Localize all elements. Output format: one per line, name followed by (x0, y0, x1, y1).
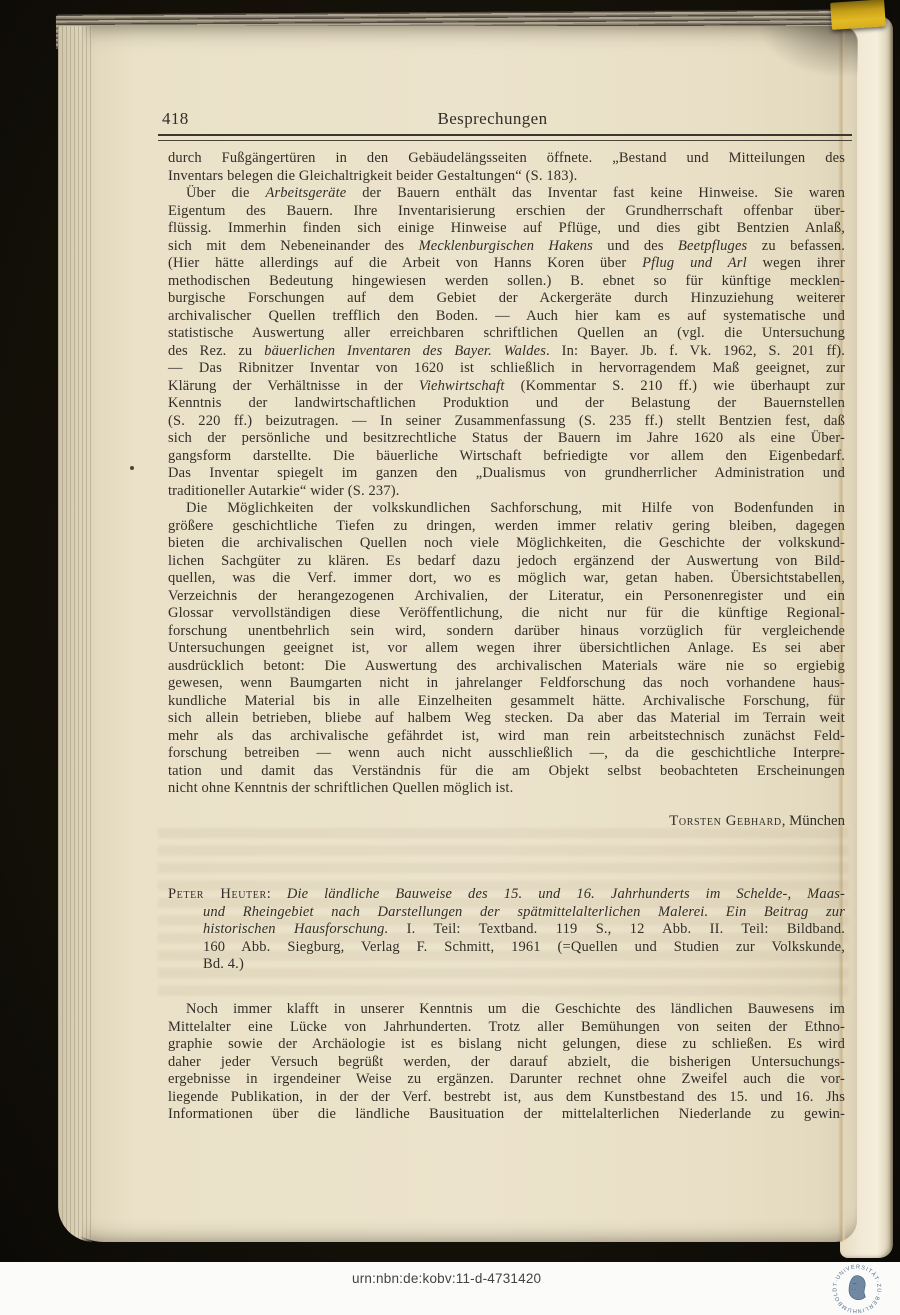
page-corner-shadow (758, 26, 858, 78)
text-line: ergebnisse in irgendeiner Weise zu ergän… (168, 1071, 845, 1089)
text-line: lichen Sachgüter zu klären. Es bedarf da… (168, 553, 845, 571)
ink-speck (130, 466, 134, 470)
text-segment: Das Inventar spiegelt im ganzen den „Dua… (168, 465, 845, 481)
bookmark-ribbon (830, 0, 886, 30)
text-line: und Rheingebiet nach Darstellungen der s… (168, 904, 845, 922)
header-rule-thin (158, 140, 852, 141)
text-line: graphie sowie der Archäologie ist es bis… (168, 1036, 845, 1054)
text-segment: Klärung der Verhältnisse in der (168, 378, 419, 394)
text-segment: Viehwirtschaft (419, 378, 505, 394)
text-segment: größere geschichtliche Tiefen zu dringen… (168, 518, 845, 534)
text-line: sich allein betrieben, bliebe auf halbem… (168, 710, 845, 728)
text-segment: und des (593, 238, 678, 254)
text-segment: bieten die archivalischen Quellen noch v… (168, 535, 845, 551)
header-rule-thick (158, 134, 852, 136)
text-segment: Peter Heuter (168, 886, 267, 902)
text-segment: nicht ohne Kenntnis der schriftlichen Qu… (168, 780, 513, 796)
text-segment: Kenntnis der landwirtschaftlichen Produk… (168, 395, 845, 411)
text-segment: Mittelalter eine Lücke von Jahrhunderten… (168, 1019, 845, 1035)
text-segment: Inventars belegen die Gleichaltrigkeit b… (168, 168, 577, 184)
text-line: Peter Heuter: Die ländliche Bauweise des… (168, 886, 845, 904)
text-line: flüssig. Immerhin finden sich einige Hin… (168, 220, 845, 238)
text-segment: Die Möglichkeiten der volkskundlichen Sa… (186, 500, 845, 516)
text-line: ausdrücklich betont: Die Auswertung des … (168, 658, 845, 676)
text-segment: gewesen, wenn Baumgarten nicht in jahrel… (168, 675, 845, 691)
text-line: traditioneller Autarkie“ wider (S. 237). (168, 483, 845, 501)
text-segment: Beetpfluges (678, 238, 747, 254)
text-line: liegende Publikation, in der der Verf. b… (168, 1089, 845, 1107)
text-segment: sich mit dem Nebeneinander des (168, 238, 419, 254)
reviewer-signature: Torsten Gebhard, München (168, 812, 845, 830)
text-segment: (S. 220 ff.) beizutragen. — In seiner Zu… (168, 413, 845, 429)
text-segment: Über die (186, 185, 265, 201)
text-segment: traditioneller Autarkie“ wider (S. 237). (168, 483, 400, 499)
text-line: sich der persönliche und besitzrechtlich… (168, 430, 845, 448)
text-segment: durch Fußgängertüren in den Gebäudelängs… (168, 150, 845, 166)
text-segment: forschung betreiben — wenn auch nicht au… (168, 745, 845, 761)
text-line: durch Fußgängertüren in den Gebäudelängs… (168, 150, 845, 168)
text-segment: Arbeitsgeräte (265, 185, 346, 201)
text-segment: (Hier hätte allerdings auf die Arbeit vo… (168, 255, 642, 271)
review-bentzien-text: durch Fußgängertüren in den Gebäudelängs… (168, 150, 845, 798)
text-line: Das Inventar spiegelt im ganzen den „Dua… (168, 465, 845, 483)
text-line: burgische Forschungen auf dem Gebiet der… (168, 290, 845, 308)
text-segment: graphie sowie der Archäologie ist es bis… (168, 1036, 845, 1052)
text-line: forschung betreiben — wenn auch nicht au… (168, 745, 845, 763)
text-segment: : (267, 886, 287, 902)
text-segment: archivalischer Quellen trefflich den Bod… (168, 308, 845, 324)
text-line: — Das Ribnitzer Inventar von 1620 ist sc… (168, 360, 845, 378)
text-line: forschung unentbehrlich sein wird, sonde… (168, 623, 845, 641)
scan-footer-strip: urn:nbn:de:kobv:11-d-4731420 HUMBOLDT·UN… (0, 1262, 900, 1315)
reviewer-name: Torsten Gebhard (669, 813, 781, 829)
running-header: 418 Besprechungen (168, 109, 845, 131)
text-line: Inventars belegen die Gleichaltrigkeit b… (168, 168, 845, 186)
text-line: Über die Arbeitsgeräte der Bauern enthäl… (168, 185, 845, 203)
review-heuter-text: Noch immer klafft in unserer Kenntnis um… (168, 1001, 845, 1124)
text-segment: burgische Forschungen auf dem Gebiet der… (168, 290, 845, 306)
text-line: Verzeichnis der herangezogenen Archivali… (168, 588, 845, 606)
text-segment: und Rheingebiet nach Darstellungen der s… (203, 904, 845, 920)
text-segment: bäuerlichen Inventaren des Bayer. Waldes (264, 343, 546, 359)
text-segment: wegen ihrer (747, 255, 845, 271)
text-segment: flüssig. Immerhin finden sich einige Hin… (168, 220, 845, 236)
text-line: größere geschichtliche Tiefen zu dringen… (168, 518, 845, 536)
text-segment: tation und damit das Verständnis für die… (168, 763, 845, 779)
text-segment: lichen Sachgüter zu klären. Es bedarf da… (168, 553, 845, 569)
text-line: methodischen Bedeutung hingewiesen werde… (168, 273, 845, 291)
text-line: Noch immer klafft in unserer Kenntnis um… (168, 1001, 845, 1019)
text-line: Kenntnis der landwirtschaftlichen Produk… (168, 395, 845, 413)
text-segment: Pflug und Arl (642, 255, 747, 271)
text-line: historischen Hausforschung. I. Teil: Tex… (168, 921, 845, 939)
text-line: Die Möglichkeiten der volkskundlichen Sa… (168, 500, 845, 518)
text-line: 160 Abb. Siegburg, Verlag F. Schmitt, 19… (168, 939, 845, 957)
text-segment: Bd. 4.) (203, 956, 244, 972)
page-stack-left-edge (58, 26, 94, 1242)
text-segment: (Kommentar S. 210 ff.) wie überhaupt zur (505, 378, 846, 394)
text-segment: sich allein betrieben, bliebe auf halbem… (168, 710, 845, 726)
text-line: quellen, was die Verf. immer dort, wo es… (168, 570, 845, 588)
text-line: tation und damit das Verständnis für die… (168, 763, 845, 781)
text-segment: Glossar vervollständigen diese Veröffent… (168, 605, 845, 621)
urn-label: urn:nbn:de:kobv:11-d-4731420 (352, 1271, 541, 1286)
text-line: Eigentum des Bauern. Ihre Inventarisieru… (168, 203, 845, 221)
text-segment: Mecklenburgischen Hakens (419, 238, 593, 254)
text-segment: ergebnisse in irgendeiner Weise zu ergän… (168, 1071, 845, 1087)
text-line: Informationen über die ländliche Bausitu… (168, 1106, 845, 1124)
text-line: statistische Auswertung aller erreichbar… (168, 325, 845, 343)
text-segment: daher jeder Versuch begrüßt werden, der … (168, 1054, 845, 1070)
text-line: Klärung der Verhältnisse in der Viehwirt… (168, 378, 845, 396)
text-segment: . In: Bayer. Jb. f. Vk. 1962, S. 201 ff)… (546, 343, 845, 359)
humboldt-portrait-glyph (849, 1276, 865, 1300)
text-segment: Untersuchungen geeignet ist, vor allem w… (168, 640, 845, 656)
text-segment: Informationen über die ländliche Bausitu… (168, 1106, 845, 1122)
text-line: kundliche Material bis in alle Einzelhei… (168, 693, 845, 711)
text-segment: Die ländliche Bauweise des 15. und 16. J… (287, 886, 845, 902)
text-line: archivalischer Quellen trefflich den Bod… (168, 308, 845, 326)
text-line: (S. 220 ff.) beizutragen. — In seiner Zu… (168, 413, 845, 431)
text-segment: Verzeichnis der herangezogenen Archivali… (168, 588, 845, 604)
text-segment: statistische Auswertung aller erreichbar… (168, 325, 845, 341)
text-line: daher jeder Versuch begrüßt werden, der … (168, 1054, 845, 1072)
text-line: Glossar vervollständigen diese Veröffent… (168, 605, 845, 623)
text-line: des Rez. zu bäuerlichen Inventaren des B… (168, 343, 845, 361)
text-segment: des Rez. zu (168, 343, 264, 359)
reviewer-place: , München (782, 813, 845, 829)
text-line: sich mit dem Nebeneinander des Mecklenbu… (168, 238, 845, 256)
text-segment: Eigentum des Bauern. Ihre Inventarisieru… (168, 203, 845, 219)
text-segment: mehr als das archivalische gefährdet ist… (168, 728, 845, 744)
text-segment: forschung unentbehrlich sein wird, sonde… (168, 623, 845, 639)
text-segment: liegende Publikation, in der der Verf. b… (168, 1089, 845, 1105)
text-segment: zu befassen. (747, 238, 845, 254)
text-line: nicht ohne Kenntnis der schriftlichen Qu… (168, 780, 845, 798)
text-segment: der Bauern enthält das Inventar fast kei… (346, 185, 845, 201)
text-segment: Noch immer klafft in unserer Kenntnis um… (186, 1001, 845, 1017)
text-segment: quellen, was die Verf. immer dort, wo es… (168, 570, 845, 586)
review-heuter-bibliography: Peter Heuter: Die ländliche Bauweise des… (168, 886, 845, 974)
running-header-title: Besprechungen (154, 109, 831, 129)
text-line: Bd. 4.) (168, 956, 845, 974)
text-segment: kundliche Material bis in alle Einzelhei… (168, 693, 845, 709)
text-line: mehr als das archivalische gefährdet ist… (168, 728, 845, 746)
text-line: gangsform darstellte. Die bäuerliche Wir… (168, 448, 845, 466)
text-segment: 160 Abb. Siegburg, Verlag F. Schmitt, 19… (203, 939, 845, 955)
text-line: Untersuchungen geeignet ist, vor allem w… (168, 640, 845, 658)
text-segment: I. Teil: Textband. 119 S., 12 Abb. II. T… (388, 921, 845, 937)
text-segment: gangsform darstellte. Die bäuerliche Wir… (168, 448, 845, 464)
text-segment: methodischen Bedeutung hingewiesen werde… (168, 273, 845, 289)
text-line: gewesen, wenn Baumgarten nicht in jahrel… (168, 675, 845, 693)
text-line: Mittelalter eine Lücke von Jahrhunderten… (168, 1019, 845, 1037)
humboldt-university-seal-icon: HUMBOLDT·UNIVERSITÄT·ZU·BERLIN · (832, 1264, 882, 1314)
text-segment: ausdrücklich betont: Die Auswertung des … (168, 658, 845, 674)
text-segment: historischen Hausforschung. (203, 921, 388, 937)
text-segment: — Das Ribnitzer Inventar von 1620 ist sc… (168, 360, 845, 376)
text-segment: sich der persönliche und besitzrechtlich… (168, 430, 845, 446)
text-line: (Hier hätte allerdings auf die Arbeit vo… (168, 255, 845, 273)
text-line: bieten die archivalischen Quellen noch v… (168, 535, 845, 553)
book-scan-background: 418 Besprechungen durch Fußgängertüren i… (0, 0, 900, 1262)
